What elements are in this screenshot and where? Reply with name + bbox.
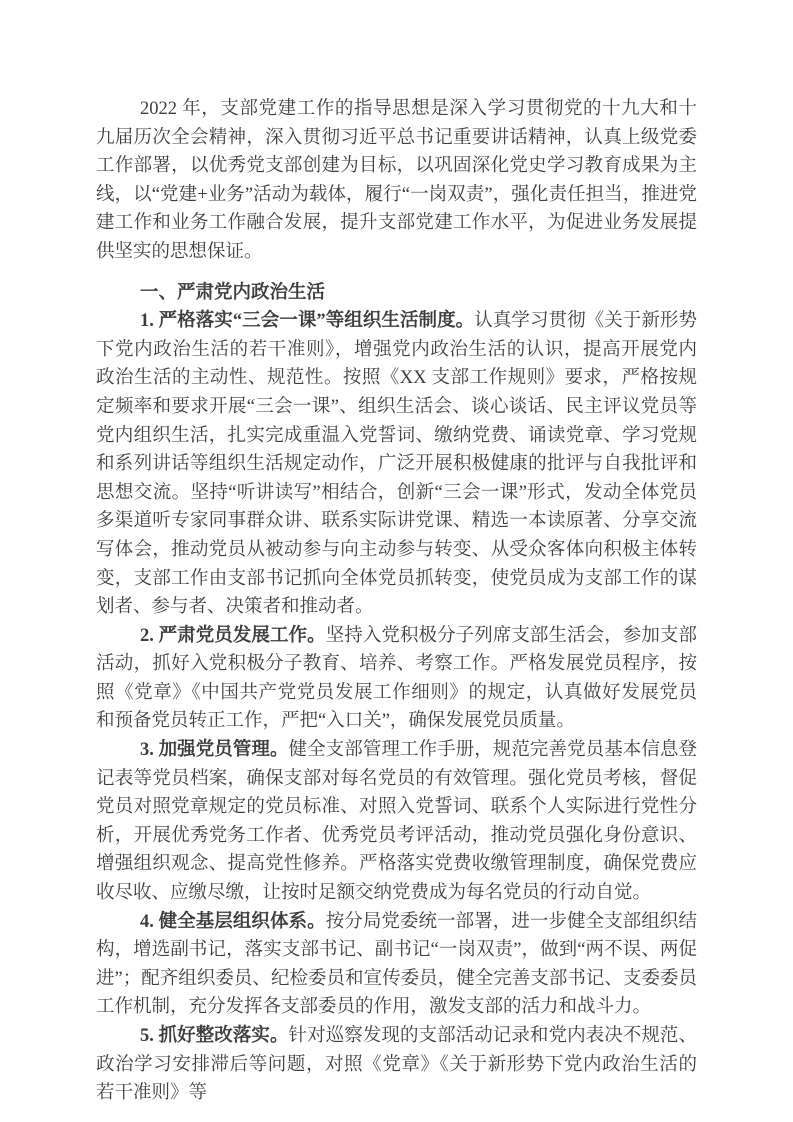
item-4-lead: 4. 健全基层组织体系。 <box>140 912 326 932</box>
item-1-lead: 1. 严格落实“三会一课”等组织生活制度。 <box>140 311 474 331</box>
document-page: 2022 年，支部党建工作的指导思想是深入学习贯彻党的十九大和十九届历次全会精神… <box>0 0 793 1122</box>
item-3-lead: 3. 加强党员管理。 <box>140 740 289 760</box>
section-1-item-5: 5. 抓好整改落实。针对巡察发现的支部活动记录和党内表决不规范、政治学习安排滞后… <box>96 1022 697 1108</box>
document-content: 2022 年，支部党建工作的指导思想是深入学习贯彻党的十九大和十九届历次全会精神… <box>0 0 793 1108</box>
section-1-item-1: 1. 严格落实“三会一课”等组织生活制度。认真学习贯彻《关于新形势下党内政治生活… <box>96 307 697 622</box>
item-2-lead: 2. 严肃党员发展工作。 <box>140 626 326 646</box>
section-1-item-3: 3. 加强党员管理。健全支部管理工作手册，规范完善党员基本信息登记表等党员档案，… <box>96 736 697 908</box>
section-1-item-4: 4. 健全基层组织体系。按分局党委统一部署，进一步健全支部组织结构，增选副书记，… <box>96 908 697 1022</box>
intro-paragraph: 2022 年，支部党建工作的指导思想是深入学习贯彻党的十九大和十九届历次全会精神… <box>96 95 697 267</box>
section-1-item-2: 2. 严肃党员发展工作。坚持入党积极分子列席支部生活会，参加支部活动，抓好入党积… <box>96 622 697 736</box>
item-5-lead: 5. 抓好整改落实。 <box>140 1026 289 1046</box>
item-1-body: 认真学习贯彻《关于新形势下党内政治生活的若干准则》，增强党内政治生活的认识，提高… <box>96 311 697 617</box>
section-1-heading: 一、严肃党内政治生活 <box>96 279 697 308</box>
item-3-body: 健全支部管理工作手册，规范完善党员基本信息登记表等党员档案，确保支部对每名党员的… <box>96 740 697 903</box>
